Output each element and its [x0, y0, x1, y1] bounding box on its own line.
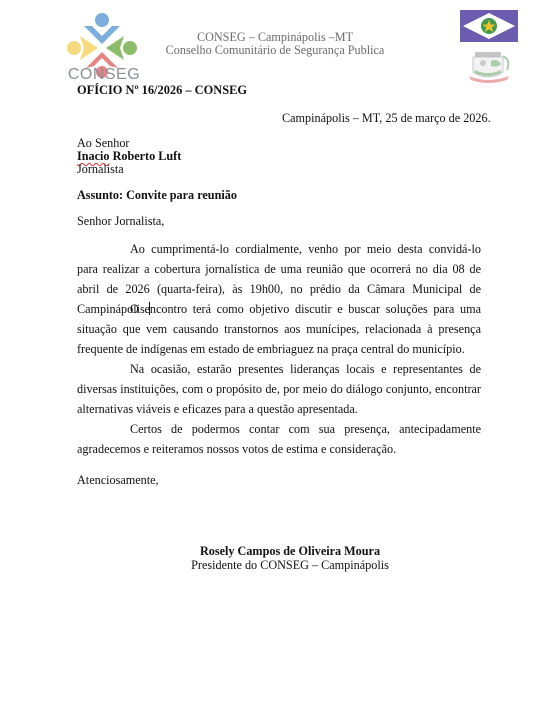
paragraph-4: Certos de podermos contar com sua presen…: [77, 419, 481, 459]
campinapolis-coat-of-arms-icon: [463, 48, 517, 84]
recipient-role: Jornalista: [77, 162, 124, 177]
place-date: Campinápolis – MT, 25 de março de 2026.: [282, 111, 491, 126]
paragraph-2: O encontro terá como objetivo discutir e…: [77, 299, 481, 359]
conseg-logo-label: CONSEG: [66, 66, 142, 84]
paragraph-3: Na ocasião, estarão presentes lideranças…: [77, 359, 481, 419]
signatory-name: Rosely Campos de Oliveira Moura: [150, 544, 430, 559]
document-number: OFÍCIO Nº 16/2026 – CONSEG: [77, 83, 247, 98]
mato-grosso-flag-icon: [460, 10, 518, 42]
greeting: Senhor Jornalista,: [77, 214, 164, 229]
header-org-full-name: Conselho Comunitário de Segurança Public…: [150, 43, 400, 58]
signatory-title: Presidente do CONSEG – Campinápolis: [150, 558, 430, 573]
closing: Atenciosamente,: [77, 473, 159, 488]
recipient-first-name: Inacio: [77, 149, 110, 163]
subject-line: Assunto: Convite para reunião: [77, 188, 237, 203]
recipient-last-name: Roberto Luft: [110, 149, 182, 163]
